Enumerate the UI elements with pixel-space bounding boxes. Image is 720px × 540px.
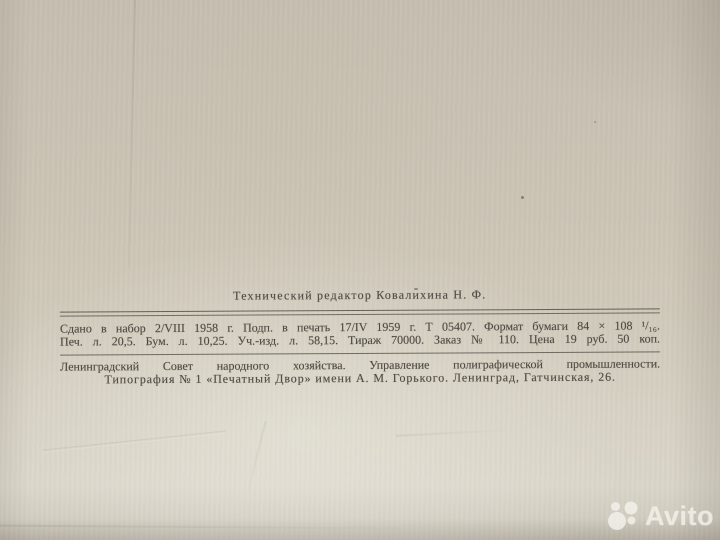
typography-line: Типография № 1 «Печатный Двор» имени А. … xyxy=(60,370,660,386)
avito-logo-icon xyxy=(607,500,641,532)
double-rule-divider xyxy=(60,308,660,316)
avito-watermark: Avito xyxy=(607,500,714,532)
paper-crease xyxy=(128,0,136,268)
colophon-block: Технический редактор Ковалихина Н. Ф. Сд… xyxy=(60,287,660,386)
paper-crease xyxy=(0,525,400,530)
paper-speck xyxy=(521,196,524,199)
paper-crease xyxy=(396,429,508,437)
avito-wordmark: Avito xyxy=(645,500,714,532)
book-page-photo: Технический редактор Ковалихина Н. Ф. Сд… xyxy=(0,0,720,540)
paper-speck xyxy=(594,121,596,123)
paper-crease xyxy=(42,430,226,452)
paper-crease xyxy=(247,421,266,491)
rule-divider xyxy=(60,351,660,355)
technical-editor-line: Технический редактор Ковалихина Н. Ф. xyxy=(60,287,660,303)
imprint-line-2: Печ. л. 20,5. Бум. л. 10,25. Уч.-изд. л.… xyxy=(60,332,660,348)
